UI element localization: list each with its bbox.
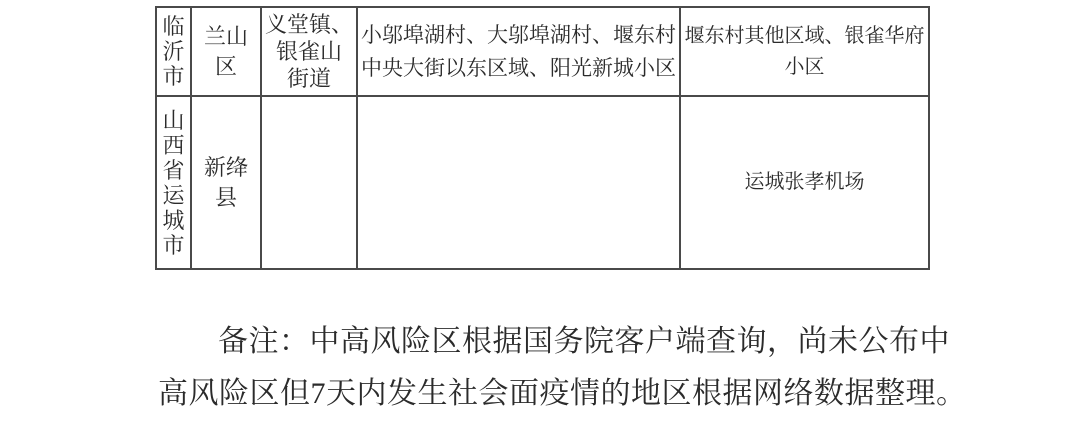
document-page: 临沂市 兰山区 义堂镇、 银雀山 街道 小邬埠湖村、大邬埠湖村、堰东村 中央大街… [0, 0, 1080, 436]
cell-district-xinjiang: 新绛县 [191, 96, 261, 269]
cell-city-yuncheng: 山西省运城市 [156, 96, 191, 269]
cell-city-linyi: 临沂市 [156, 7, 191, 96]
cell-area-list-primary: 小邬埠湖村、大邬埠湖村、堰东村 中央大街以东区域、阳光新城小区 [357, 7, 680, 96]
cell-district-lanshan: 兰山区 [191, 7, 261, 96]
table-row-linyi: 临沂市 兰山区 义堂镇、 银雀山 街道 小邬埠湖村、大邬埠湖村、堰东村 中央大街… [156, 7, 929, 96]
cell-street-yitang: 义堂镇、 银雀山 街道 [261, 7, 357, 96]
remark-note: 备注：中高风险区根据国务院客户端查询，尚未公布中 高风险区但7天内发生社会面疫情… [158, 316, 967, 420]
cell-street-empty [261, 96, 357, 269]
cell-area-list-secondary: 堰东村其他区域、银雀华府 小区 [680, 7, 929, 96]
risk-area-table: 临沂市 兰山区 义堂镇、 银雀山 街道 小邬埠湖村、大邬埠湖村、堰东村 中央大街… [155, 6, 930, 270]
cell-area-airport: 运城张孝机场 [680, 96, 929, 269]
table-row-yuncheng: 山西省运城市 新绛县 运城张孝机场 [156, 96, 929, 269]
cell-area-list-primary-empty [357, 96, 680, 269]
